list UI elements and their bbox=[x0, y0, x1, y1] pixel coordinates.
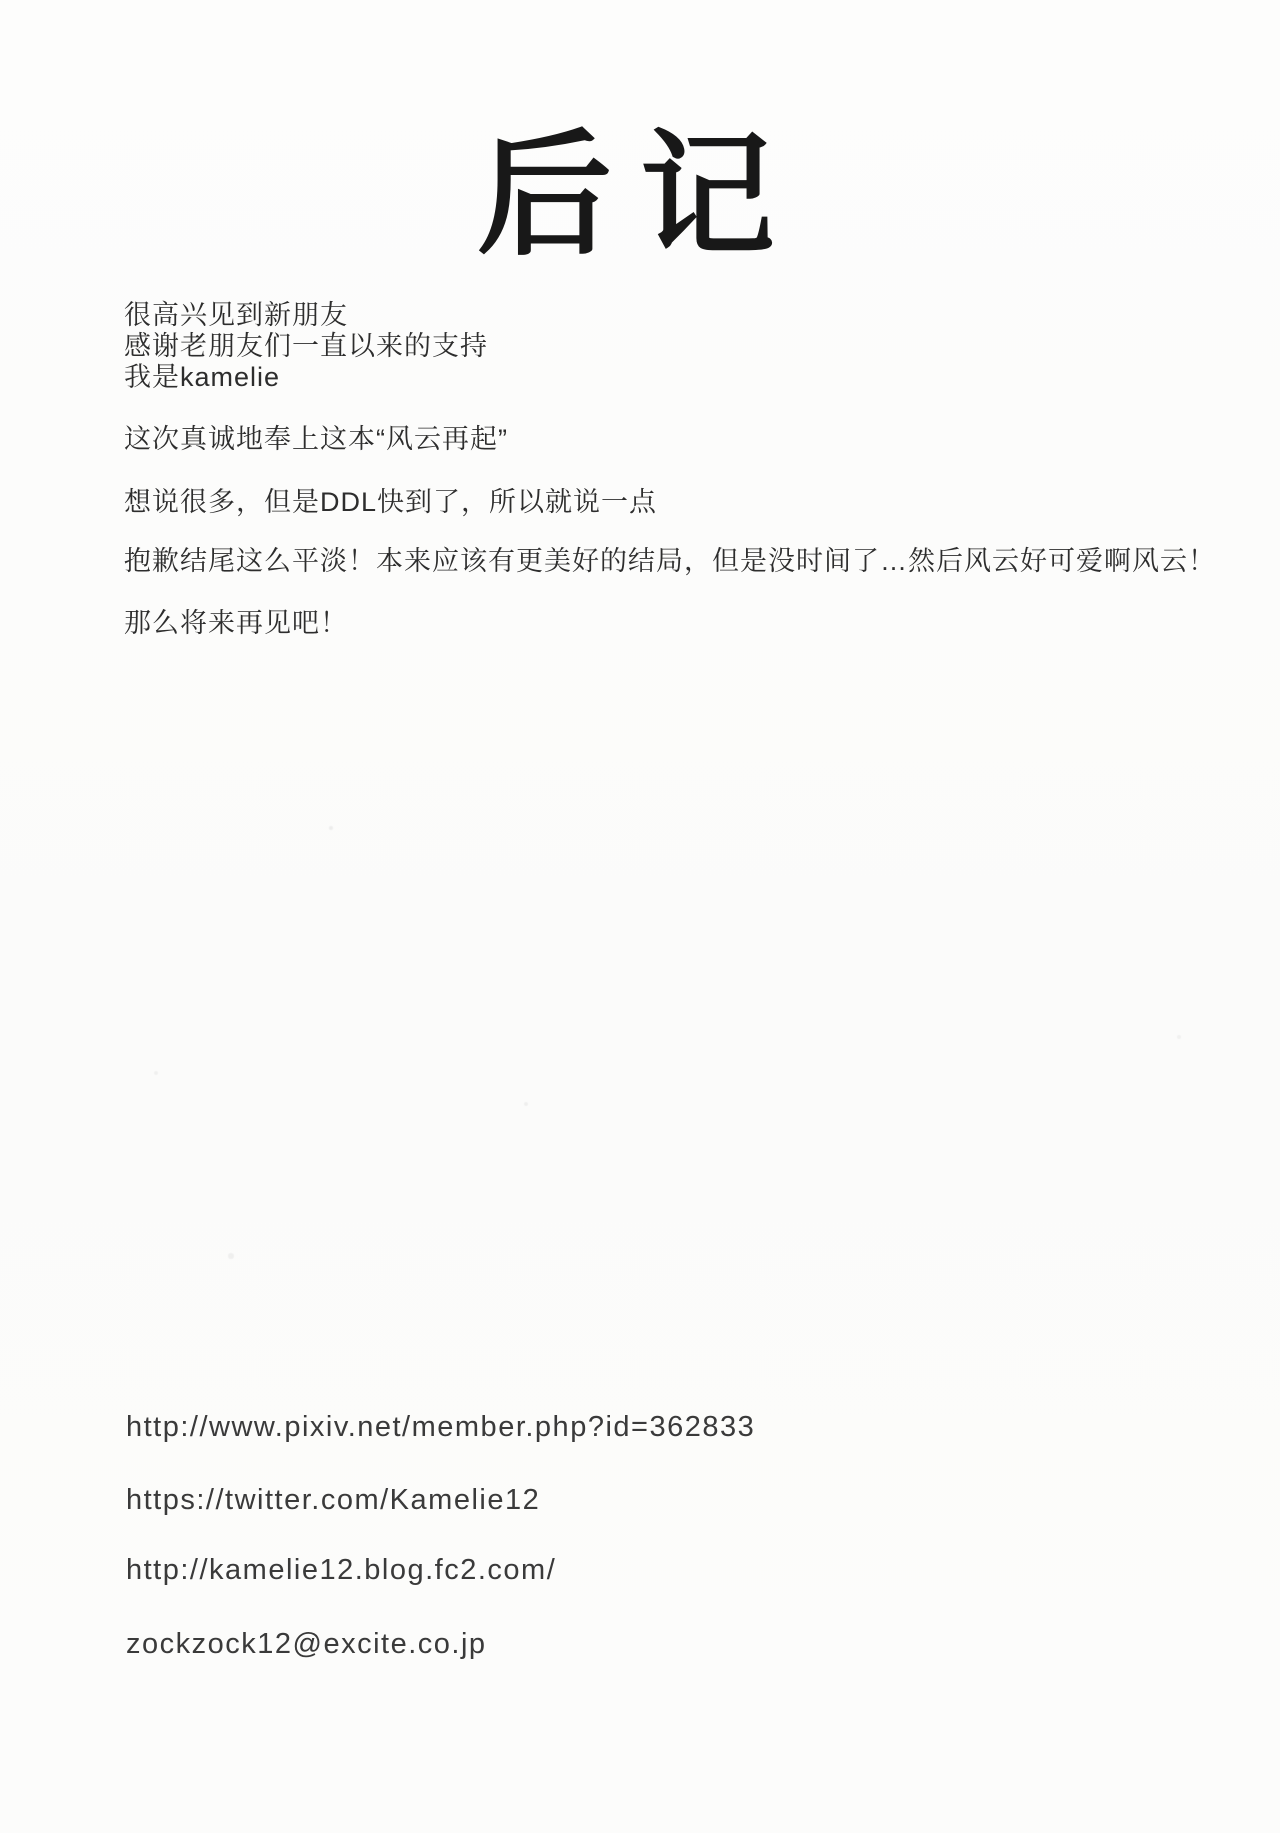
afterword-line: 那么将来再见吧！ bbox=[124, 608, 348, 639]
page-title: 后记 bbox=[0, 128, 1280, 263]
afterword-line: 我是kamelie bbox=[124, 362, 488, 393]
scanned-afterword-page: 后记 很高兴见到新朋友 感谢老朋友们一直以来的支持 我是kamelie 这次真诚… bbox=[0, 0, 1280, 1833]
scan-speckles bbox=[0, 0, 2, 2]
afterword-line: 想说很多，但是DDL快到了，所以就说一点 bbox=[124, 487, 657, 518]
twitter-url: https://twitter.com/Kamelie12 bbox=[126, 1483, 540, 1517]
afterword-line: 很高兴见到新朋友 bbox=[124, 300, 488, 331]
afterword-line: 这次真诚地奉上这本“风云再起” bbox=[124, 424, 508, 455]
afterword-line: 抱歉结尾这么平淡！本来应该有更美好的结局，但是没时间了…然后风云好可爱啊风云！ bbox=[124, 546, 1216, 577]
blog-url: http://kamelie12.blog.fc2.com/ bbox=[126, 1553, 556, 1587]
email-address: zockzock12@excite.co.jp bbox=[126, 1627, 487, 1661]
afterword-line: 感谢老朋友们一直以来的支持 bbox=[124, 331, 488, 362]
pixiv-url: http://www.pixiv.net/member.php?id=36283… bbox=[126, 1410, 755, 1444]
greeting-paragraph: 很高兴见到新朋友 感谢老朋友们一直以来的支持 我是kamelie bbox=[124, 300, 488, 393]
